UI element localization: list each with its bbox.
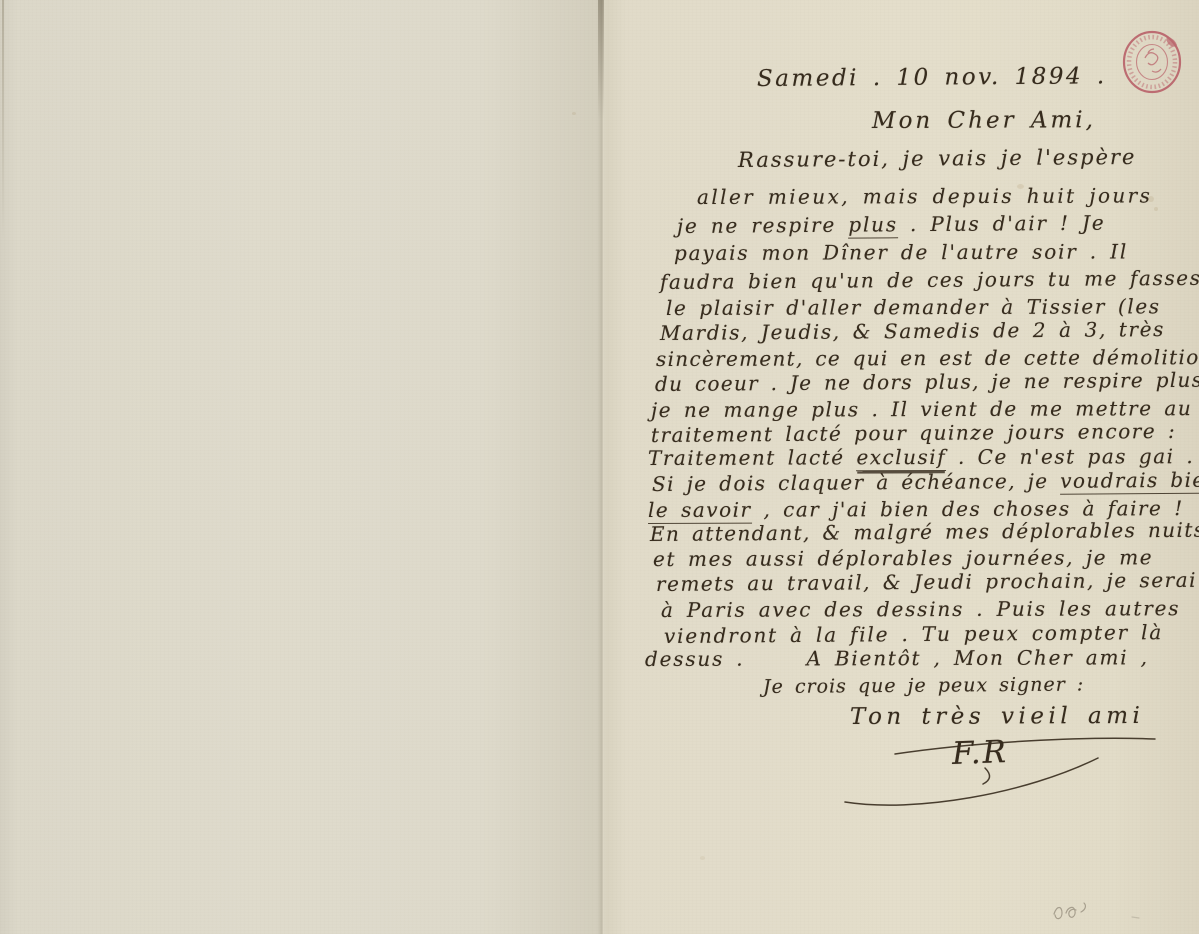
letter-line: je ne mange plus . Il vient de me mettre… — [651, 396, 1192, 422]
handwritten-text: viendront à la file . Tu peux compter là — [664, 620, 1163, 648]
letter-line: Traitement lacté exclusif . Ce n'est pas… — [648, 444, 1194, 470]
underlined-text: le savoir — [648, 498, 752, 524]
handwritten-text: Ton très vieil ami — [850, 703, 1144, 730]
letter-line: Ton très vieil ami — [850, 703, 1144, 730]
handwritten-text: Si je dois claquer à échéance, je — [652, 469, 1060, 496]
handwritten-text: remets au travail, & Jeudi prochain, je … — [656, 568, 1197, 596]
letter-body: Samedi . 10 nov. 1894 .Mon Cher Ami,Rass… — [0, 0, 1199, 934]
handwritten-text: aller mieux, mais depuis huit jours — [697, 183, 1152, 209]
handwritten-text: . Ce n'est pas gai . — [946, 444, 1194, 469]
handwritten-text: sincèrement, ce qui en est de cette démo… — [656, 345, 1199, 371]
handwritten-text: Mardis, Jeudis, & Samedis de 2 à 3, très — [660, 317, 1165, 345]
letter-line: traitement lacté pour quinze jours encor… — [651, 419, 1176, 447]
handwritten-text: Je crois que je peux signer : — [763, 673, 1084, 698]
handwritten-text: je ne respire — [677, 213, 848, 238]
letter-line: Je crois que je peux signer : — [763, 673, 1084, 698]
letter-line: remets au travail, & Jeudi prochain, je … — [656, 568, 1197, 596]
handwritten-text: A Bientôt , Mon Cher ami , — [806, 645, 1148, 670]
letter-line: Rassure-toi, je vais je l'espère — [738, 145, 1137, 172]
handwritten-text: Traitement lacté — [648, 445, 857, 470]
letter-line: Samedi . 10 nov. 1894 . — [757, 63, 1107, 92]
letter-line: du coeur . Je ne dors plus, je ne respir… — [655, 368, 1199, 396]
letter-line: le plaisir d'aller demander à Tissier (l… — [666, 294, 1161, 320]
letter-line: faudra bien qu'un de ces jours tu me fas… — [660, 266, 1199, 294]
handwritten-text: et mes aussi déplorables journées, je me — [653, 545, 1153, 571]
handwritten-text: le plaisir d'aller demander à Tissier (l… — [666, 294, 1161, 320]
letter-line: aller mieux, mais depuis huit jours — [697, 183, 1152, 209]
handwritten-text: payais mon Dîner de l'autre soir . Il — [674, 239, 1128, 265]
handwritten-text: Mon Cher Ami, — [872, 107, 1096, 134]
letter-line: Mardis, Jeudis, & Samedis de 2 à 3, très — [660, 317, 1165, 345]
letter-line: payais mon Dîner de l'autre soir . Il — [674, 239, 1128, 265]
handwritten-text: du coeur . Je ne dors plus, je ne respir… — [655, 368, 1199, 396]
handwritten-text: Rassure-toi, je vais je l'espère — [738, 145, 1137, 172]
handwritten-text: dessus . — [645, 647, 745, 671]
letter-line: F.R — [951, 734, 1008, 772]
letter-line: En attendant, & malgré mes déplorables n… — [650, 518, 1199, 546]
letter-line: Mon Cher Ami, — [872, 107, 1096, 134]
handwritten-text: je ne mange plus . Il vient de me mettre… — [651, 396, 1192, 422]
underlined-text: exclusif — [856, 445, 946, 471]
letter-line: Si je dois claquer à échéance, je voudra… — [652, 468, 1199, 496]
letter-line: sincèrement, ce qui en est de cette démo… — [656, 345, 1199, 371]
letter-line: je ne respire plus . Plus d'air ! Je — [677, 211, 1106, 238]
underlined-text: voudrais bien — [1060, 468, 1199, 495]
handwritten-text: En attendant, & malgré mes déplorables n… — [650, 518, 1199, 546]
underlined-text: plus — [848, 212, 898, 238]
letter-scan: Samedi . 10 nov. 1894 .Mon Cher Ami,Rass… — [0, 0, 1199, 934]
letter-line: dessus .A Bientôt , Mon Cher ami , — [645, 645, 1149, 671]
handwritten-text: . Plus d'air ! Je — [898, 211, 1106, 237]
handwritten-text: faudra bien qu'un de ces jours tu me fas… — [660, 266, 1199, 294]
handwritten-text: Samedi . 10 nov. 1894 . — [757, 63, 1107, 92]
letter-line: viendront à la file . Tu peux compter là — [664, 620, 1163, 648]
letter-line: et mes aussi déplorables journées, je me — [653, 545, 1153, 571]
handwritten-text: traitement lacté pour quinze jours encor… — [651, 419, 1176, 447]
handwritten-text: à Paris avec des dessins . Puis les autr… — [661, 596, 1180, 622]
handwritten-text: F.R — [951, 734, 1008, 772]
letter-line: à Paris avec des dessins . Puis les autr… — [661, 596, 1180, 622]
